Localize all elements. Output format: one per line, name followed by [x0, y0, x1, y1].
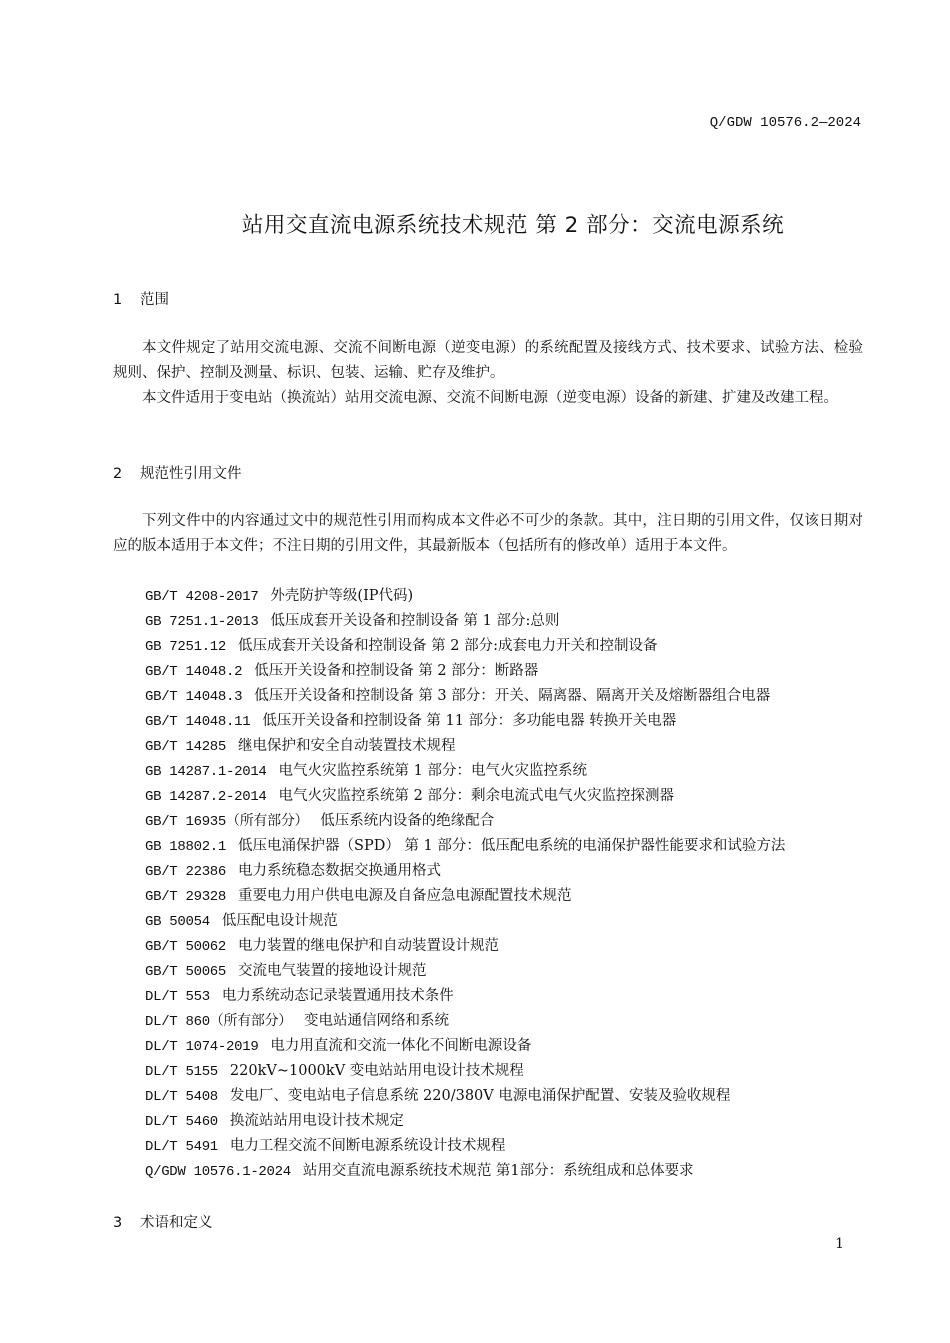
reference-code: DL/T 860（所有部分）	[145, 1014, 292, 1030]
reference-title: 重要电力用户供电电源及自备应急电源配置技术规范	[238, 888, 572, 904]
reference-title: 电力用直流和交流一体化不间断电源设备	[270, 1038, 531, 1054]
reference-code: DL/T 5460	[145, 1114, 218, 1130]
reference-title: 电力系统动态记录装置通用技术条件	[222, 988, 454, 1004]
reference-title: 低压开关设备和控制设备 第 3 部分：开关、隔离器、隔离开关及熔断器组合电器	[254, 688, 770, 704]
reference-title: 低压配电设计规范	[222, 913, 338, 929]
reference-title: 电力装置的继电保护和自动装置设计规范	[238, 938, 499, 954]
reference-item: DL/T 860（所有部分）变电站通信网络和系统	[145, 1009, 785, 1034]
reference-item: DL/T 5408发电厂、变电站电子信息系统 220/380V 电源电涌保护配置…	[145, 1084, 785, 1109]
reference-item: GB 14287.2-2014电气火灾监控系统第 2 部分：剩余电流式电气火灾监…	[145, 784, 785, 809]
reference-code: GB 14287.1-2014	[145, 764, 267, 780]
paragraph: 下列文件中的内容通过文中的规范性引用而构成本文件必不可少的条款。其中，注日期的引…	[113, 509, 863, 559]
reference-title: 低压系统内设备的绝缘配合	[320, 813, 494, 829]
document-title: 站用交直流电源系统技术规范 第 2 部分：交流电源系统	[0, 208, 950, 239]
page-number: 1	[835, 1236, 844, 1252]
reference-item: GB/T 16935（所有部分）低压系统内设备的绝缘配合	[145, 809, 785, 834]
reference-title: 电气火灾监控系统第 1 部分：电气火灾监控系统	[279, 763, 587, 779]
reference-code: GB/T 14048.2	[145, 664, 242, 680]
section-title: 规范性引用文件	[140, 466, 242, 482]
paragraph: 本文件适用于变电站（换流站）站用交流电源、交流不间断电源（逆变电源）设备的新建、…	[113, 386, 863, 411]
reference-code: GB/T 22386	[145, 864, 226, 880]
reference-code: GB 7251.1-2013	[145, 614, 258, 630]
paragraph: 本文件规定了站用交流电源、交流不间断电源（逆变电源）的系统配置及接线方式、技术要…	[113, 336, 863, 386]
standard-code: Q/GDW 10576.2—2024	[710, 115, 861, 131]
reference-item: DL/T 5491电力工程交流不间断电源系统设计技术规程	[145, 1134, 785, 1159]
reference-code: GB 50054	[145, 914, 210, 930]
reference-code: GB 18802.1	[145, 839, 226, 855]
section-heading-1: 1范围	[113, 288, 169, 309]
reference-code: DL/T 5491	[145, 1139, 218, 1155]
reference-item: DL/T 5460换流站站用电设计技术规定	[145, 1109, 785, 1134]
reference-title: 变电站通信网络和系统	[304, 1013, 449, 1029]
reference-item: DL/T 5155220kV~1000kV 变电站站用电设计技术规程	[145, 1059, 785, 1084]
reference-code: DL/T 553	[145, 989, 210, 1005]
reference-item: GB 50054低压配电设计规范	[145, 909, 785, 934]
section-number: 3	[113, 1215, 140, 1231]
reference-title: 站用交直流电源系统技术规范 第1部分：系统组成和总体要求	[303, 1163, 694, 1179]
reference-item: GB 14287.1-2014电气火灾监控系统第 1 部分：电气火灾监控系统	[145, 759, 785, 784]
reference-item: DL/T 1074-2019电力用直流和交流一体化不间断电源设备	[145, 1034, 785, 1059]
reference-code: GB/T 29328	[145, 889, 226, 905]
reference-code: GB/T 50062	[145, 939, 226, 955]
reference-code: GB/T 50065	[145, 964, 226, 980]
reference-title: 低压成套开关设备和控制设备 第 2 部分:成套电力开关和控制设备	[238, 638, 657, 654]
reference-item: GB/T 14048.3低压开关设备和控制设备 第 3 部分：开关、隔离器、隔离…	[145, 684, 785, 709]
reference-item: GB 7251.1-2013低压成套开关设备和控制设备 第 1 部分:总则	[145, 609, 785, 634]
reference-code: GB 7251.12	[145, 639, 226, 655]
reference-item: GB/T 22386电力系统稳态数据交换通用格式	[145, 859, 785, 884]
reference-item: GB/T 50065交流电气装置的接地设计规范	[145, 959, 785, 984]
reference-title: 继电保护和安全自动装置技术规程	[238, 738, 456, 754]
reference-title: 220kV~1000kV 变电站站用电设计技术规程	[230, 1063, 524, 1079]
section-heading-2: 2规范性引用文件	[113, 462, 242, 483]
reference-code: DL/T 5155	[145, 1064, 218, 1080]
reference-title: 外壳防护等级(IP代码)	[270, 588, 413, 604]
section-heading-3: 3术语和定义	[113, 1211, 213, 1232]
section-number: 1	[113, 292, 140, 308]
reference-item: DL/T 553电力系统动态记录装置通用技术条件	[145, 984, 785, 1009]
reference-item: GB/T 4208-2017外壳防护等级(IP代码)	[145, 584, 785, 609]
reference-title: 交流电气装置的接地设计规范	[238, 963, 427, 979]
reference-title: 电气火灾监控系统第 2 部分：剩余电流式电气火灾监控探测器	[279, 788, 674, 804]
reference-item: GB 18802.1低压电涌保护器（SPD） 第 1 部分：低压配电系统的电涌保…	[145, 834, 785, 859]
reference-title: 换流站站用电设计技术规定	[230, 1113, 404, 1129]
reference-code: Q/GDW 10576.1-2024	[145, 1164, 291, 1180]
reference-list: GB/T 4208-2017外壳防护等级(IP代码)GB 7251.1-2013…	[145, 584, 785, 1184]
reference-code: DL/T 1074-2019	[145, 1039, 258, 1055]
section-2-body: 下列文件中的内容通过文中的规范性引用而构成本文件必不可少的条款。其中，注日期的引…	[113, 509, 863, 559]
reference-code: DL/T 5408	[145, 1089, 218, 1105]
section-title: 术语和定义	[140, 1215, 213, 1231]
reference-title: 低压电涌保护器（SPD） 第 1 部分：低压配电系统的电涌保护器性能要求和试验方…	[238, 838, 785, 854]
reference-item: GB/T 50062电力装置的继电保护和自动装置设计规范	[145, 934, 785, 959]
reference-item: GB 7251.12低压成套开关设备和控制设备 第 2 部分:成套电力开关和控制…	[145, 634, 785, 659]
reference-item: GB/T 14048.2低压开关设备和控制设备 第 2 部分：断路器	[145, 659, 785, 684]
reference-code: GB/T 14285	[145, 739, 226, 755]
reference-code: GB/T 14048.11	[145, 714, 250, 730]
reference-item: GB/T 14285继电保护和安全自动装置技术规程	[145, 734, 785, 759]
reference-title: 低压开关设备和控制设备 第 11 部分：多功能电器 转换开关电器	[262, 713, 676, 729]
reference-item: GB/T 29328重要电力用户供电电源及自备应急电源配置技术规范	[145, 884, 785, 909]
reference-title: 低压开关设备和控制设备 第 2 部分：断路器	[254, 663, 538, 679]
reference-code: GB/T 4208-2017	[145, 589, 258, 605]
reference-title: 发电厂、变电站电子信息系统 220/380V 电源电涌保护配置、安装及验收规程	[230, 1088, 730, 1104]
section-number: 2	[113, 466, 140, 482]
section-1-body: 本文件规定了站用交流电源、交流不间断电源（逆变电源）的系统配置及接线方式、技术要…	[113, 336, 863, 411]
reference-item: GB/T 14048.11低压开关设备和控制设备 第 11 部分：多功能电器 转…	[145, 709, 785, 734]
reference-title: 低压成套开关设备和控制设备 第 1 部分:总则	[270, 613, 559, 629]
reference-title: 电力系统稳态数据交换通用格式	[238, 863, 441, 879]
reference-code: GB/T 16935（所有部分）	[145, 814, 308, 830]
section-title: 范围	[140, 292, 169, 308]
reference-code: GB/T 14048.3	[145, 689, 242, 705]
reference-item: Q/GDW 10576.1-2024站用交直流电源系统技术规范 第1部分：系统组…	[145, 1159, 785, 1184]
reference-title: 电力工程交流不间断电源系统设计技术规程	[230, 1138, 506, 1154]
reference-code: GB 14287.2-2014	[145, 789, 267, 805]
